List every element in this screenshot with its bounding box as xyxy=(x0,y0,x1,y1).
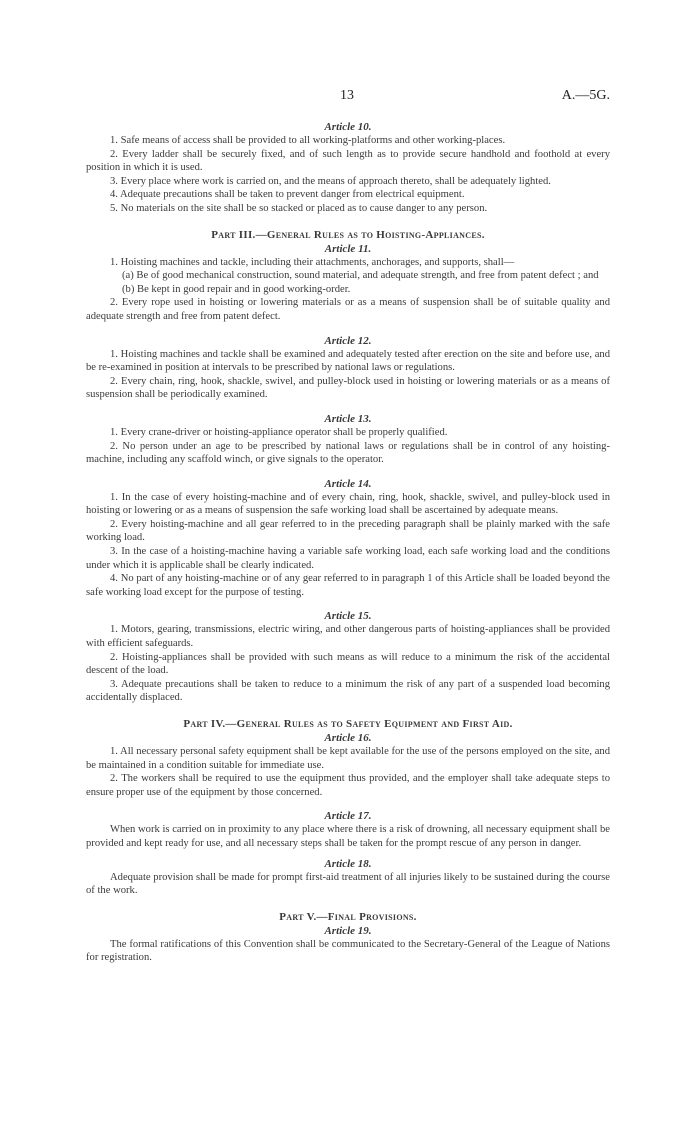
article-18: Article 18. Adequate provision shall be … xyxy=(86,857,610,898)
article-heading: Article 12. xyxy=(86,334,610,348)
page-number: 13 xyxy=(340,88,354,104)
paragraph: 1. All necessary personal safety equipme… xyxy=(86,745,610,772)
sub-paragraph: (a) Be of good mechanical construction, … xyxy=(86,269,610,283)
article-14: Article 14. 1. In the case of every hois… xyxy=(86,477,610,600)
part-heading: Part IV.—General Rules as to Safety Equi… xyxy=(86,717,610,731)
article-heading: Article 18. xyxy=(86,857,610,871)
paragraph: 3. Every place where work is carried on,… xyxy=(86,175,610,189)
part-heading: Part III.—General Rules as to Hoisting-A… xyxy=(86,228,610,242)
document-page: 13 A.—5G. Article 10. 1. Safe means of a… xyxy=(86,88,610,965)
paragraph: 2. Hoisting-appliances shall be provided… xyxy=(86,651,610,678)
paragraph: 2. Every chain, ring, hook, shackle, swi… xyxy=(86,375,610,402)
article-heading: Article 11. xyxy=(86,242,610,256)
paragraph: 4. No part of any hoisting-machine or of… xyxy=(86,572,610,599)
paragraph: 4. Adequate precautions shall be taken t… xyxy=(86,188,610,202)
paragraph: 2. No person under an age to be prescrib… xyxy=(86,440,610,467)
paragraph: 2. Every rope used in hoisting or loweri… xyxy=(86,296,610,323)
article-10: Article 10. 1. Safe means of access shal… xyxy=(86,120,610,216)
article-heading: Article 13. xyxy=(86,412,610,426)
article-16: Article 16. 1. All necessary personal sa… xyxy=(86,731,610,799)
paragraph: 1. In the case of every hoisting-machine… xyxy=(86,491,610,518)
paragraph: 3. In the case of a hoisting-machine hav… xyxy=(86,545,610,572)
sub-paragraph: (b) Be kept in good repair and in good w… xyxy=(86,283,610,297)
article-17: Article 17. When work is carried on in p… xyxy=(86,809,610,850)
paragraph: Adequate provision shall be made for pro… xyxy=(86,871,610,898)
paragraph: 1. Motors, gearing, transmissions, elect… xyxy=(86,623,610,650)
article-13: Article 13. 1. Every crane-driver or hoi… xyxy=(86,412,610,467)
part-heading: Part V.—Final Provisions. xyxy=(86,910,610,924)
paragraph: When work is carried on in proximity to … xyxy=(86,823,610,850)
article-12: Article 12. 1. Hoisting machines and tac… xyxy=(86,334,610,402)
paragraph: 3. Adequate precautions shall be taken t… xyxy=(86,678,610,705)
paragraph: 1. Safe means of access shall be provide… xyxy=(86,134,610,148)
article-heading: Article 17. xyxy=(86,809,610,823)
article-15: Article 15. 1. Motors, gearing, transmis… xyxy=(86,609,610,705)
page-header: 13 A.—5G. xyxy=(86,88,610,110)
article-heading: Article 10. xyxy=(86,120,610,134)
paragraph: 1. Hoisting machines and tackle, includi… xyxy=(86,256,610,270)
article-11: Article 11. 1. Hoisting machines and tac… xyxy=(86,242,610,324)
article-heading: Article 15. xyxy=(86,609,610,623)
paragraph: 2. Every hoisting-machine and all gear r… xyxy=(86,518,610,545)
paragraph: 1. Hoisting machines and tackle shall be… xyxy=(86,348,610,375)
paragraph: The formal ratifications of this Convent… xyxy=(86,938,610,965)
article-heading: Article 14. xyxy=(86,477,610,491)
article-heading: Article 19. xyxy=(86,924,610,938)
document-reference: A.—5G. xyxy=(562,88,610,104)
paragraph: 5. No materials on the site shall be so … xyxy=(86,202,610,216)
paragraph: 1. Every crane-driver or hoisting-applia… xyxy=(86,426,610,440)
paragraph: 2. The workers shall be required to use … xyxy=(86,772,610,799)
paragraph: 2. Every ladder shall be securely fixed,… xyxy=(86,148,610,175)
article-heading: Article 16. xyxy=(86,731,610,745)
article-19: Article 19. The formal ratifications of … xyxy=(86,924,610,965)
